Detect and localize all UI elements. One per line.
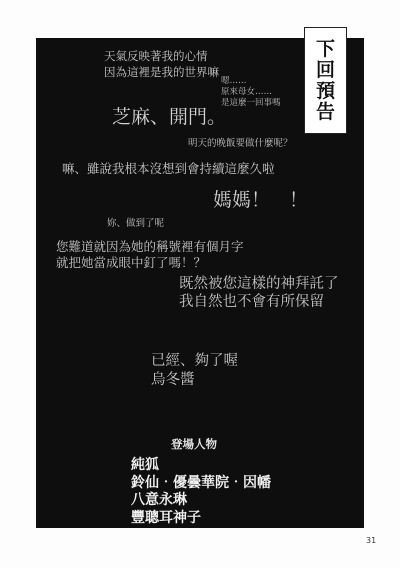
dialogue-line: 原來母女…… [221, 87, 272, 98]
dialogue-line: 嗯…… [221, 76, 247, 87]
cast-member: 鈴仙‧優曇華院‧因幡 [131, 475, 271, 493]
title-char: 下 [316, 39, 335, 60]
title-char: 告 [316, 102, 335, 123]
dialogue-line: 媽媽！ ！ [213, 189, 308, 211]
dialogue-line: 我自然也不會有所保留 [179, 293, 324, 311]
dialogue-line: 妳、做到了呢 [107, 218, 164, 230]
page-number: 31 [366, 536, 376, 545]
dialogue-line: 明天的晚飯要做什麼呢？ [188, 138, 293, 150]
dialogue-line: 嘛、雖說我根本沒想到會持續這麼久啦 [62, 161, 275, 177]
cast-member: 純狐 [131, 457, 271, 475]
dialogue-line: 因為這裡是我的世界嘛 [104, 64, 219, 80]
title-char: 預 [316, 81, 335, 102]
manga-page: 下 回 預 告 天氣反映著我的心情 因為這裡是我的世界嘛 嗯…… 原來母女…… … [0, 0, 400, 568]
cast-heading: 登場人物 [171, 436, 217, 452]
dialogue-line: 您難道就因為她的稱號裡有個月字 [56, 239, 244, 255]
dialogue-line: 是這麼一回事嗎 [221, 98, 281, 109]
title-char: 回 [316, 60, 335, 81]
dialogue-line: 烏冬醬 [151, 371, 195, 389]
dialogue-line: 既然被您這樣的神拜託了 [179, 275, 339, 293]
cast-member: 豐聰耳神子 [131, 510, 271, 528]
dialogue-line: 天氣反映著我的心情 [104, 48, 208, 64]
dialogue-line: 就把她當成眼中釘了嗎！？ [56, 255, 206, 271]
dialogue-line: 芝麻、開門。 [112, 106, 226, 128]
dialogue-line: 已經、夠了喔 [151, 352, 238, 370]
cast-list: 純狐 鈴仙‧優曇華院‧因幡 八意永琳 豐聰耳神子 [131, 457, 271, 527]
cast-member: 八意永琳 [131, 492, 271, 510]
next-episode-preview-title: 下 回 預 告 [304, 27, 347, 134]
